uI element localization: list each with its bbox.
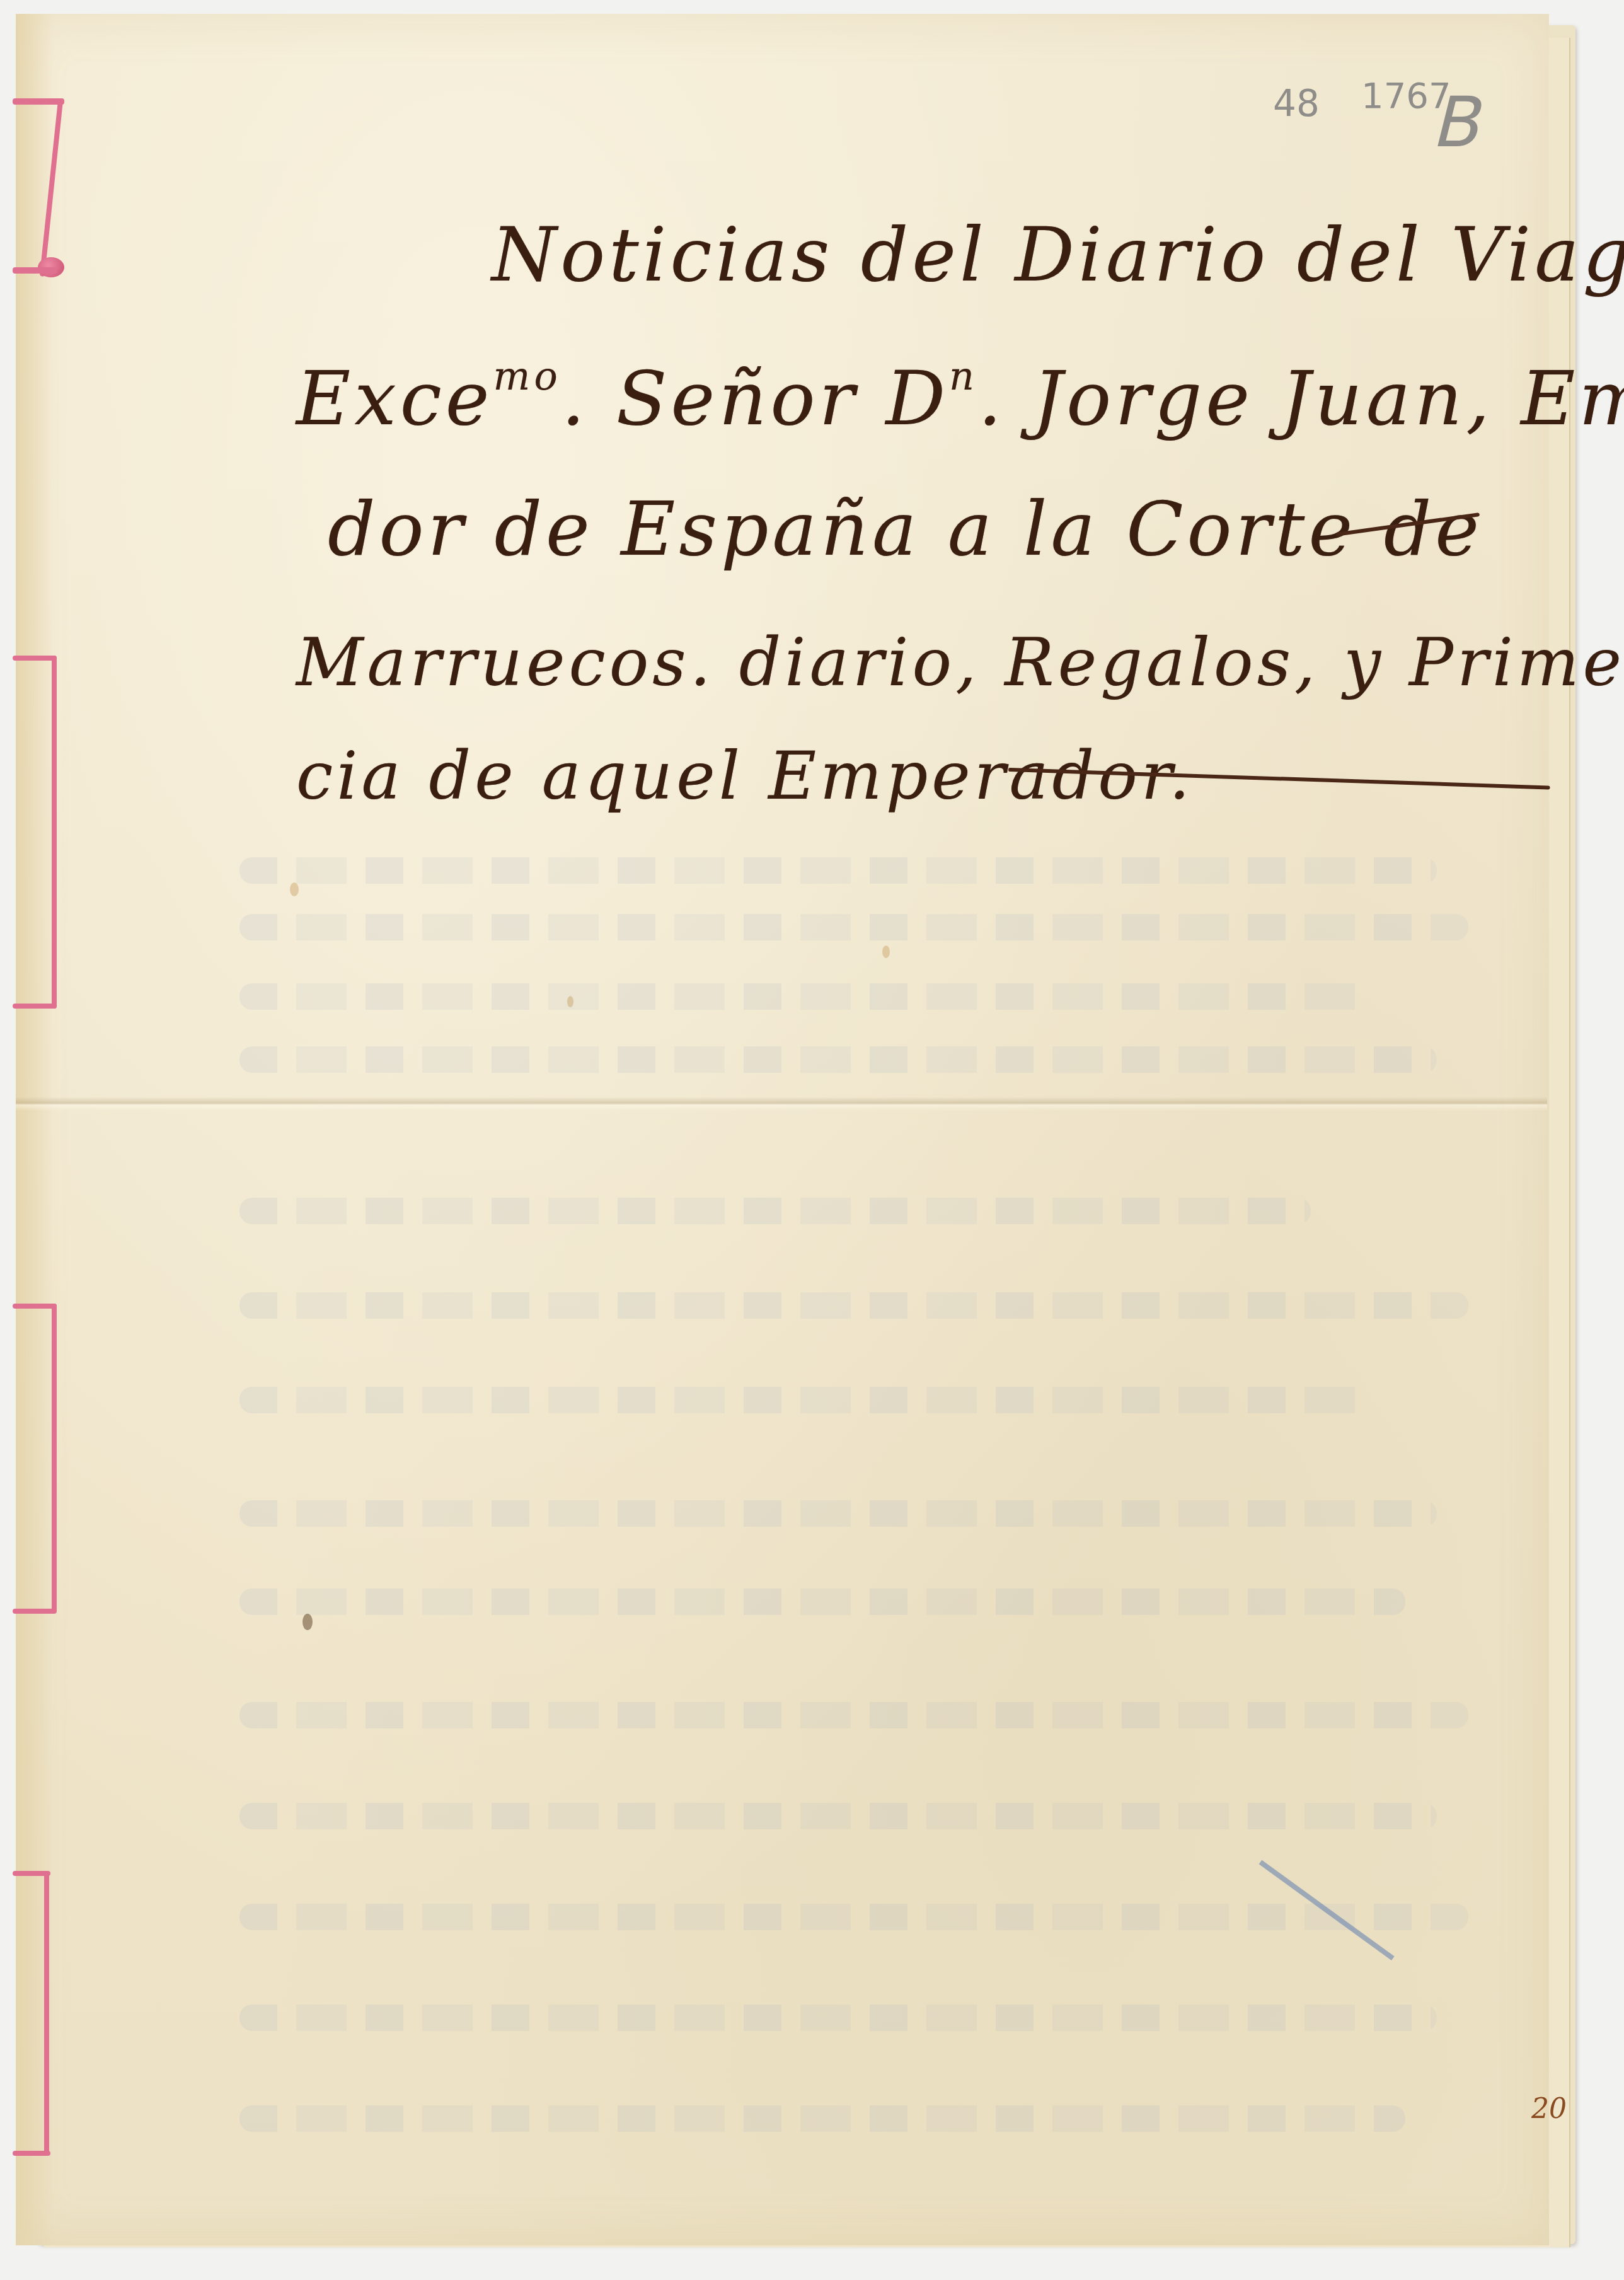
title-line-2-name: . Jorge Juan, Embaxa- [978, 355, 1624, 442]
title-line-2: Excemo. Señor Dn. Jorge Juan, Embaxa- [296, 353, 1624, 442]
corner-folio-note: 20 [1531, 2093, 1567, 2125]
superscript-n: n [949, 353, 978, 399]
title-line-1: Noticias del Diario del Viage del [492, 211, 1624, 298]
title-line-3: dor de España a la Corte de [328, 485, 1483, 572]
title-line-2-senor: . Señor D [561, 355, 949, 442]
superscript-mo: mo [493, 353, 561, 399]
manuscript-title: Noticias del Diario del Viage del Excemo… [0, 0, 1624, 2280]
title-line-4: Marruecos. diario, Regalos, y Primera Au… [296, 624, 1624, 701]
title-line-2-exce: Exce [296, 355, 493, 442]
title-line-5: cia de aquel Emperador. [296, 738, 1194, 814]
